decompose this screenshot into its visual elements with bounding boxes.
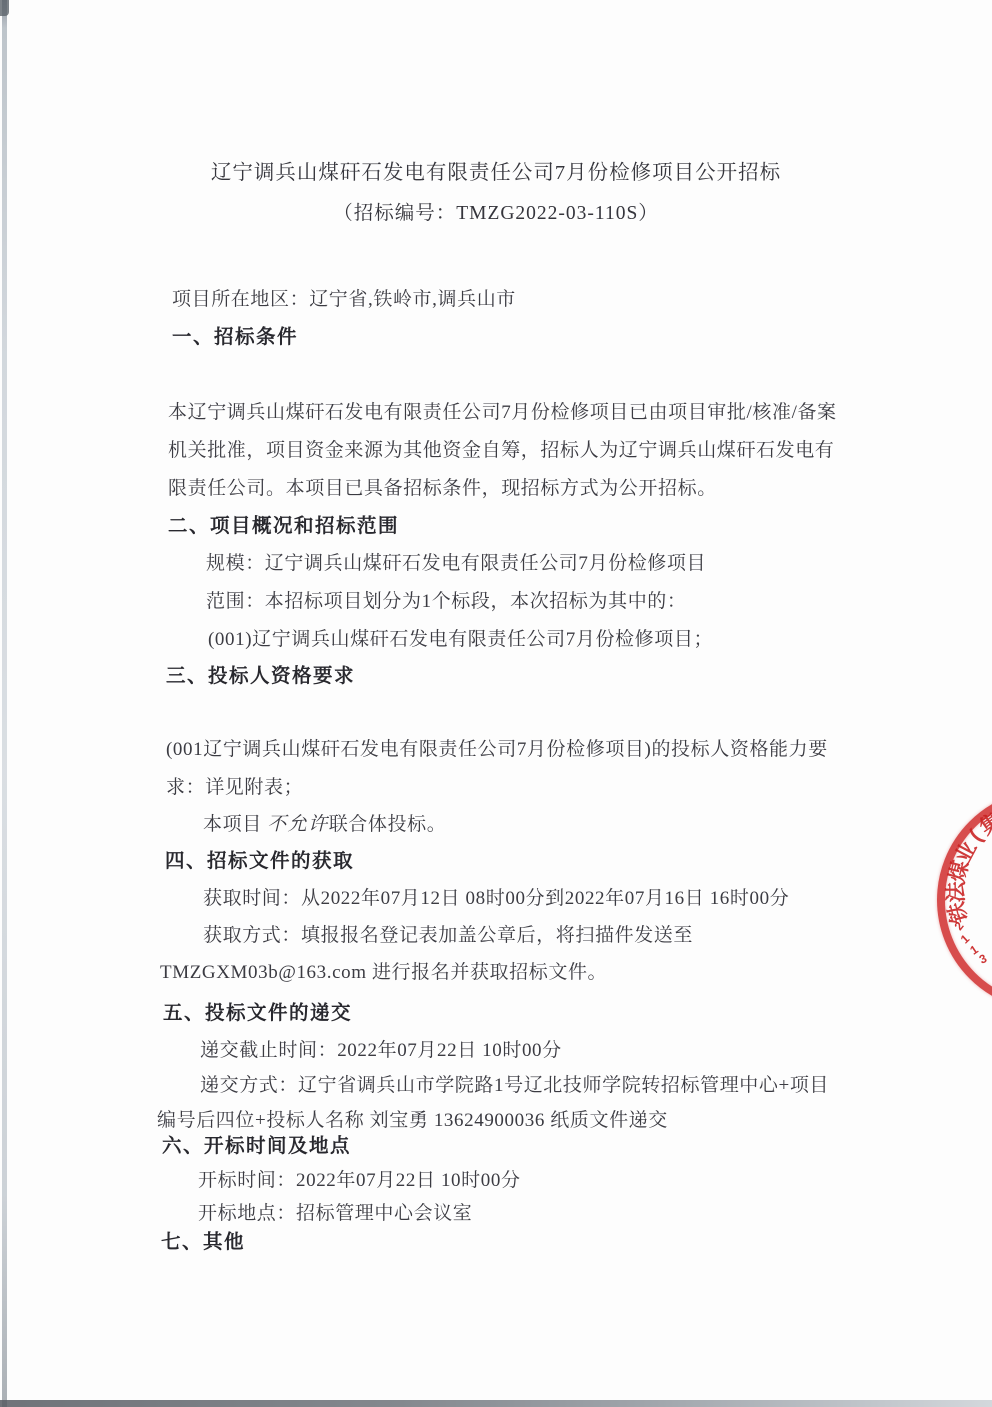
stamp-arc-char: ( [965, 825, 988, 846]
section-heading-3: 三、投标人资格要求 [166, 663, 355, 689]
joint-venture-prefix: 本项目 [203, 814, 262, 835]
body-line: 限责任公司。本项目已具备招标条件，现招标方式为公开招标。 [168, 476, 717, 502]
lot-line: (001)辽宁调兵山煤矸石发电有限责任公司7月份检修项目； [208, 627, 713, 653]
stamp-arc-char: 铁 [940, 899, 974, 927]
body-line: 机关批准，项目资金来源为其他资金自筹，招标人为辽宁调兵山煤矸石发电有 [168, 438, 834, 464]
stamp-digit: 1 [967, 942, 980, 957]
stamp-digit: 1 [958, 932, 972, 947]
opening-place-line: 开标地点：招标管理中心会议室 [198, 1201, 472, 1227]
scanned-document-page: 辽宁调兵山煤矸石发电有限责任公司7月份检修项目公开招标 （招标编号：TMZG20… [0, 0, 992, 1407]
scan-edge-bottom [0, 1400, 992, 1407]
stamp-arc-char: 法 [940, 882, 970, 903]
stamp-digit: 2 [951, 919, 966, 933]
stamp-digit: 3 [977, 951, 989, 967]
body-line: 本辽宁调兵山煤矸石发电有限责任公司7月份检修项目已由项目审批/核准/备案 [168, 400, 837, 426]
project-location: 项目所在地区：辽宁省,铁岭市,调兵山市 [172, 287, 516, 313]
obtain-method-line: 获取方式：填报报名登记表加盖公章后，将扫描件发送至 [203, 923, 693, 949]
contact-line: 编号后四位+投标人名称 刘宝勇 13624900036 纸质文件递交 [157, 1108, 668, 1134]
opening-time-line: 开标时间：2022年07月22日 10时00分 [198, 1168, 521, 1194]
scan-edge-corner [0, 0, 9, 16]
body-line: 求：详见附表； [166, 775, 303, 801]
stamp-arc-char: 集 [973, 805, 992, 842]
deadline-line: 递交截止时间：2022年07月22日 10时00分 [200, 1038, 562, 1064]
joint-venture-not-allowed: 不允许 [267, 814, 329, 835]
obtain-time-line: 获取时间：从2022年07月12日 08时00分到2022年07月16日 16时… [203, 886, 789, 912]
submit-method-line: 递交方式：辽宁省调兵山市学院路1号辽北技师学院转招标管理中心+项目 [200, 1073, 829, 1099]
stamp-ring [937, 789, 992, 1011]
tender-number: （招标编号：TMZG2022-03-110S） [0, 201, 992, 227]
joint-venture-line: 本项目 不允许联合体投标。 [203, 812, 446, 838]
stamp-arc-char: 业 [947, 836, 983, 869]
section-heading-5: 五、投标文件的递交 [163, 1000, 352, 1026]
joint-venture-suffix: 联合体投标。 [329, 814, 447, 835]
section-heading-2: 二、项目概况和招标范围 [168, 513, 399, 539]
section-heading-7: 七、其他 [161, 1229, 245, 1255]
email-line: TMZGXM03b@163.com 进行报名并获取招标文件。 [160, 960, 607, 986]
scale-line: 规模：辽宁调兵山煤矸石发电有限责任公司7月份检修项目 [206, 551, 706, 577]
scope-line: 范围：本招标项目划分为1个标段，本次招标为其中的： [206, 589, 687, 615]
section-heading-1: 一、招标条件 [172, 324, 298, 350]
document-title: 辽宁调兵山煤矸石发电有限责任公司7月份检修项目公开招标 [0, 160, 992, 186]
stamp-arc-char: 煤 [941, 857, 975, 885]
section-heading-4: 四、招标文件的获取 [165, 848, 354, 874]
body-line: (001辽宁调兵山煤矸石发电有限责任公司7月份检修项目)的投标人资格能力要 [166, 737, 828, 763]
section-heading-6: 六、开标时间及地点 [162, 1133, 351, 1159]
